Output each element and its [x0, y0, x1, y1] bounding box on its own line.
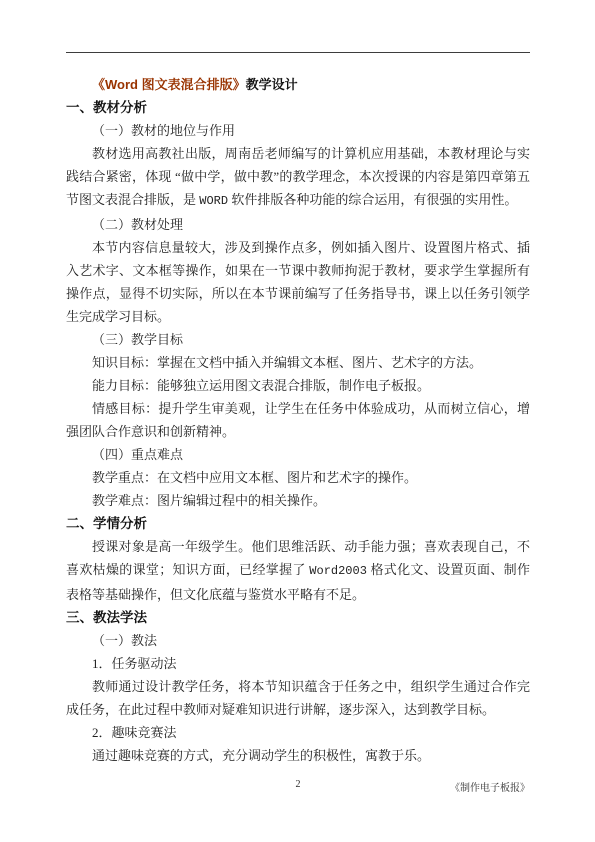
section-heading-learner-analysis: 二、学情分析 [66, 512, 530, 535]
subsection-heading-role: （一）教材的地位与作用 [66, 119, 530, 142]
numbered-item-competition: 2．趣味竞赛法 [66, 721, 530, 744]
paragraph-emotion-objective: 情感目标：提升学生审美观，让学生在任务中体验成功，从而树立信心，增强团队合作意识… [66, 397, 530, 443]
page-footer: 2 《制作电子板报》 [66, 779, 530, 793]
paragraph-teaching-difficulty: 教学难点：图片编辑过程中的相关操作。 [66, 489, 530, 512]
paragraph-ability-objective: 能力目标：能够独立运用图文表混合排版，制作电子板报。 [66, 374, 530, 397]
subsection-heading-teaching-method: （一）教法 [66, 629, 530, 652]
paragraph-knowledge-objective: 知识目标：掌握在文档中插入并编辑文本框、图片、艺术字的方法。 [66, 351, 530, 374]
word2003-token: Word2003 [309, 564, 367, 578]
subsection-heading-key-points: （四）重点难点 [66, 443, 530, 466]
numbered-item-task-driven: 1．任务驱动法 [66, 652, 530, 675]
subsection-heading-objectives: （三）教学目标 [66, 328, 530, 351]
section-heading-methods: 三、教法学法 [66, 606, 530, 629]
document-title-highlight: 《Word 图文表混合排版》 [92, 77, 246, 92]
paragraph-material-processing: 本节内容信息量较大，涉及到操作点多，例如插入图片、设置图片格式、插入艺术字、文本… [66, 236, 530, 328]
section-heading-material-analysis: 一、教材分析 [66, 96, 530, 119]
paragraph-teaching-focus: 教学重点：在文档中应用文本框、图片和艺术字的操作。 [66, 466, 530, 489]
paragraph-segment: 软件排版各种功能的综合运用，有很强的实用性。 [228, 192, 517, 207]
document-body: 《Word 图文表混合排版》教学设计 一、教材分析 （一）教材的地位与作用 教材… [66, 0, 530, 767]
paragraph-task-driven: 教师通过设计教学任务，将本节知识蕴含于任务之中，组织学生通过合作完成任务，在此过… [66, 675, 530, 721]
footer-document-name: 《制作电子板报》 [450, 779, 530, 794]
paragraph-material-intro: 教材选用高教社出版，周南岳老师编写的计算机应用基础，本教材理论与实践结合紧密，体… [66, 142, 530, 213]
paragraph-competition: 通过趣味竞赛的方式，充分调动学生的积极性，寓教于乐。 [66, 744, 530, 767]
paragraph-learner-analysis: 授课对象是高一年级学生。他们思维活跃、动手能力强；喜欢表现自己，不喜欢枯燥的课堂… [66, 535, 530, 606]
word-token: WORD [199, 194, 228, 208]
document-title: 《Word 图文表混合排版》教学设计 [66, 73, 530, 96]
subsection-heading-processing: （二）教材处理 [66, 213, 530, 236]
document-title-rest: 教学设计 [246, 77, 298, 92]
document-page: 《Word 图文表混合排版》教学设计 一、教材分析 （一）教材的地位与作用 教材… [0, 0, 595, 842]
